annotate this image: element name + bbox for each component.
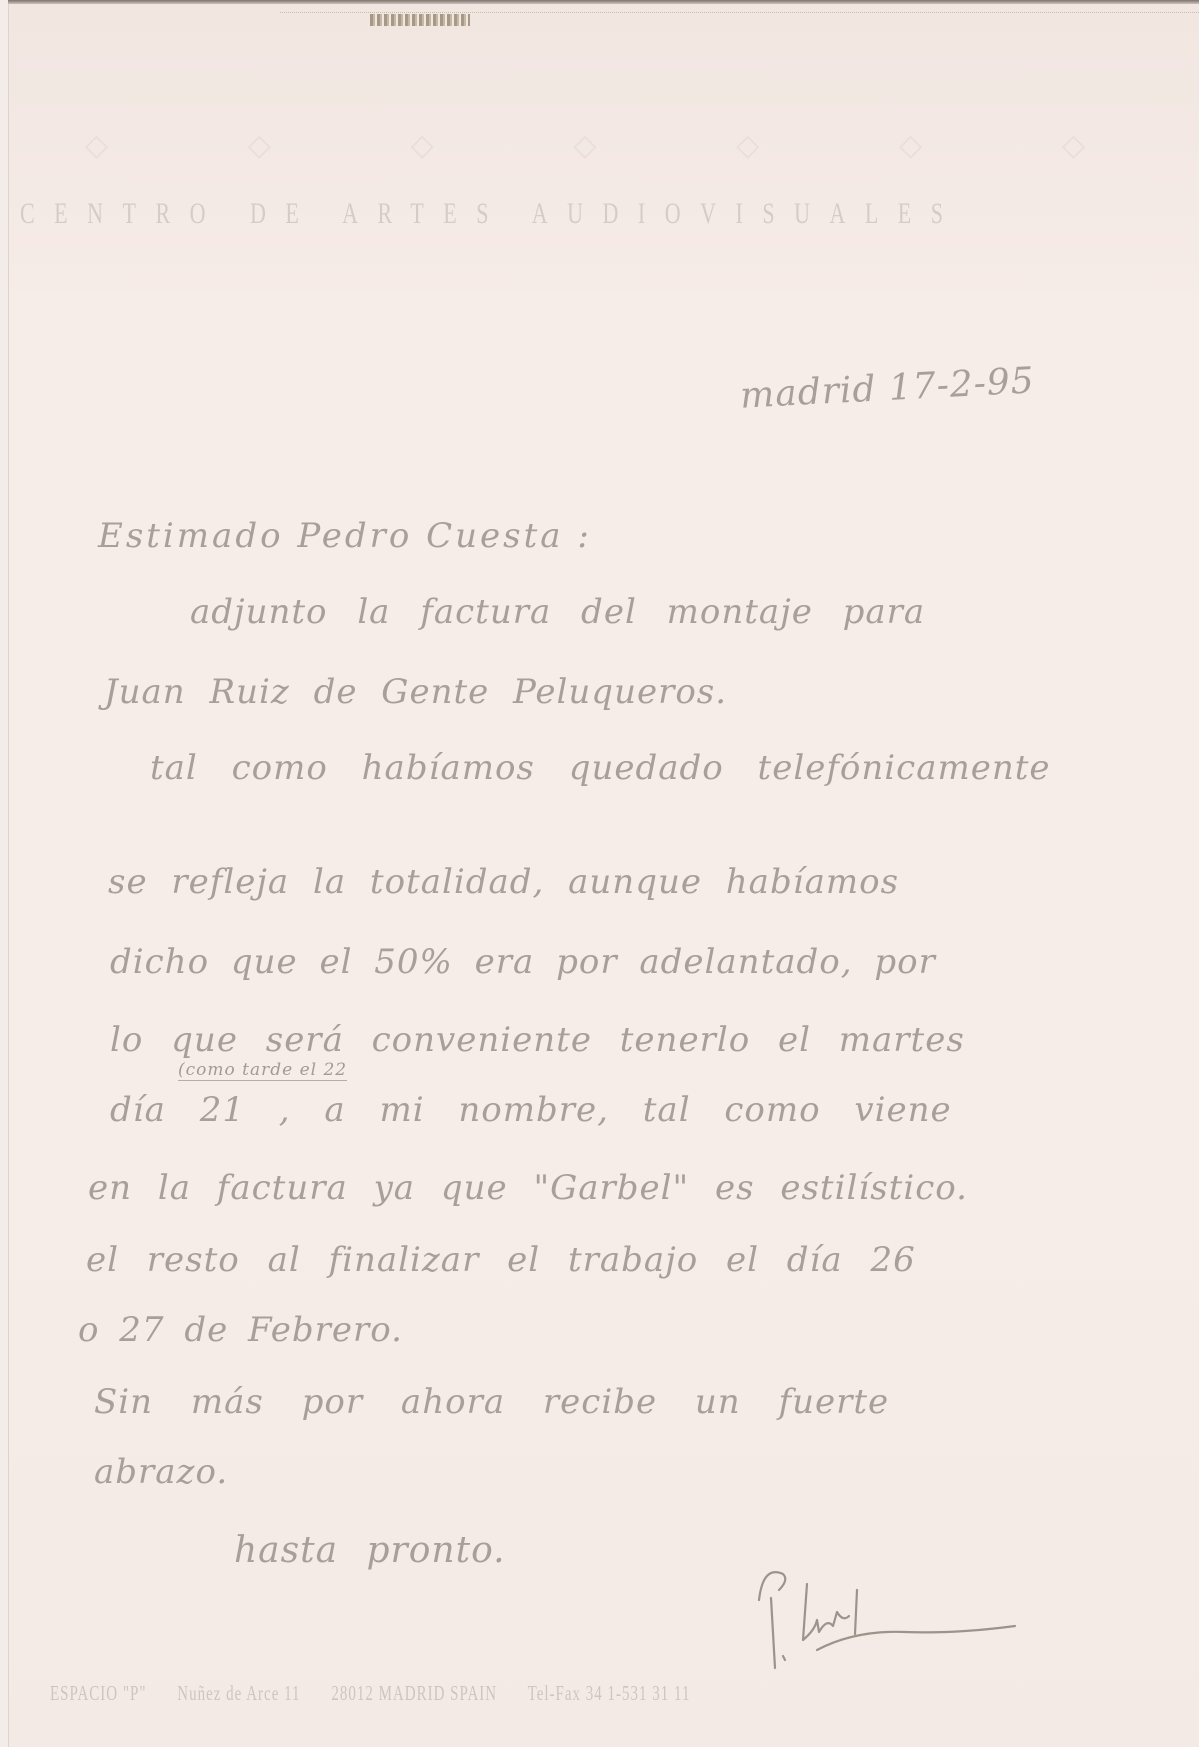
closing: hasta pronto.	[234, 1530, 506, 1571]
letterhead-title: CENTRO DE ARTES AUDIOVISUALES	[20, 196, 1100, 231]
signature	[745, 1560, 1035, 1670]
body-line: abrazo.	[94, 1452, 228, 1492]
body-line: o 27 de Febrero.	[78, 1310, 403, 1350]
letterhead-footer: ESPACIO "P" Nuñez de Arce 11 28012 MADRI…	[50, 1683, 1050, 1707]
body-line: el resto al finalizar el trabajo el día …	[86, 1240, 916, 1280]
footer-city: 28012 MADRID SPAIN	[331, 1683, 497, 1705]
body-line: tal como habíamos quedado telefónicament…	[150, 748, 1051, 788]
body-line: dicho que el 50% era por adelantado, por	[110, 942, 936, 982]
body-line: lo que será conveniente tenerlo el marte…	[110, 1020, 965, 1060]
body-line: se refleja la totalidad, aunque habíamos	[108, 862, 899, 902]
body-line: en la factura ya que "Garbel" es estilís…	[88, 1168, 968, 1208]
body-line: Juan Ruiz de Gente Peluqueros.	[104, 672, 727, 712]
footer-street: Nuñez de Arce 11	[177, 1683, 300, 1705]
body-line: adjunto la factura del montaje para	[190, 592, 925, 632]
perforation-line	[280, 12, 1199, 13]
letterhead-emblem: ◇◇◇◇◇◇◇	[30, 100, 1170, 190]
body-line: Sin más por ahora recibe un fuerte	[94, 1382, 889, 1422]
footer-phone: Tel-Fax 34 1-531 31 11	[528, 1683, 691, 1705]
inserted-note: (como tarde el 22	[178, 1060, 347, 1081]
footer-org: ESPACIO "P"	[50, 1683, 146, 1705]
salutation: Estimado Pedro Cuesta :	[98, 516, 592, 556]
stamp-mark	[370, 14, 470, 26]
body-line: día 21 , a mi nombre, tal como viene	[110, 1090, 952, 1130]
